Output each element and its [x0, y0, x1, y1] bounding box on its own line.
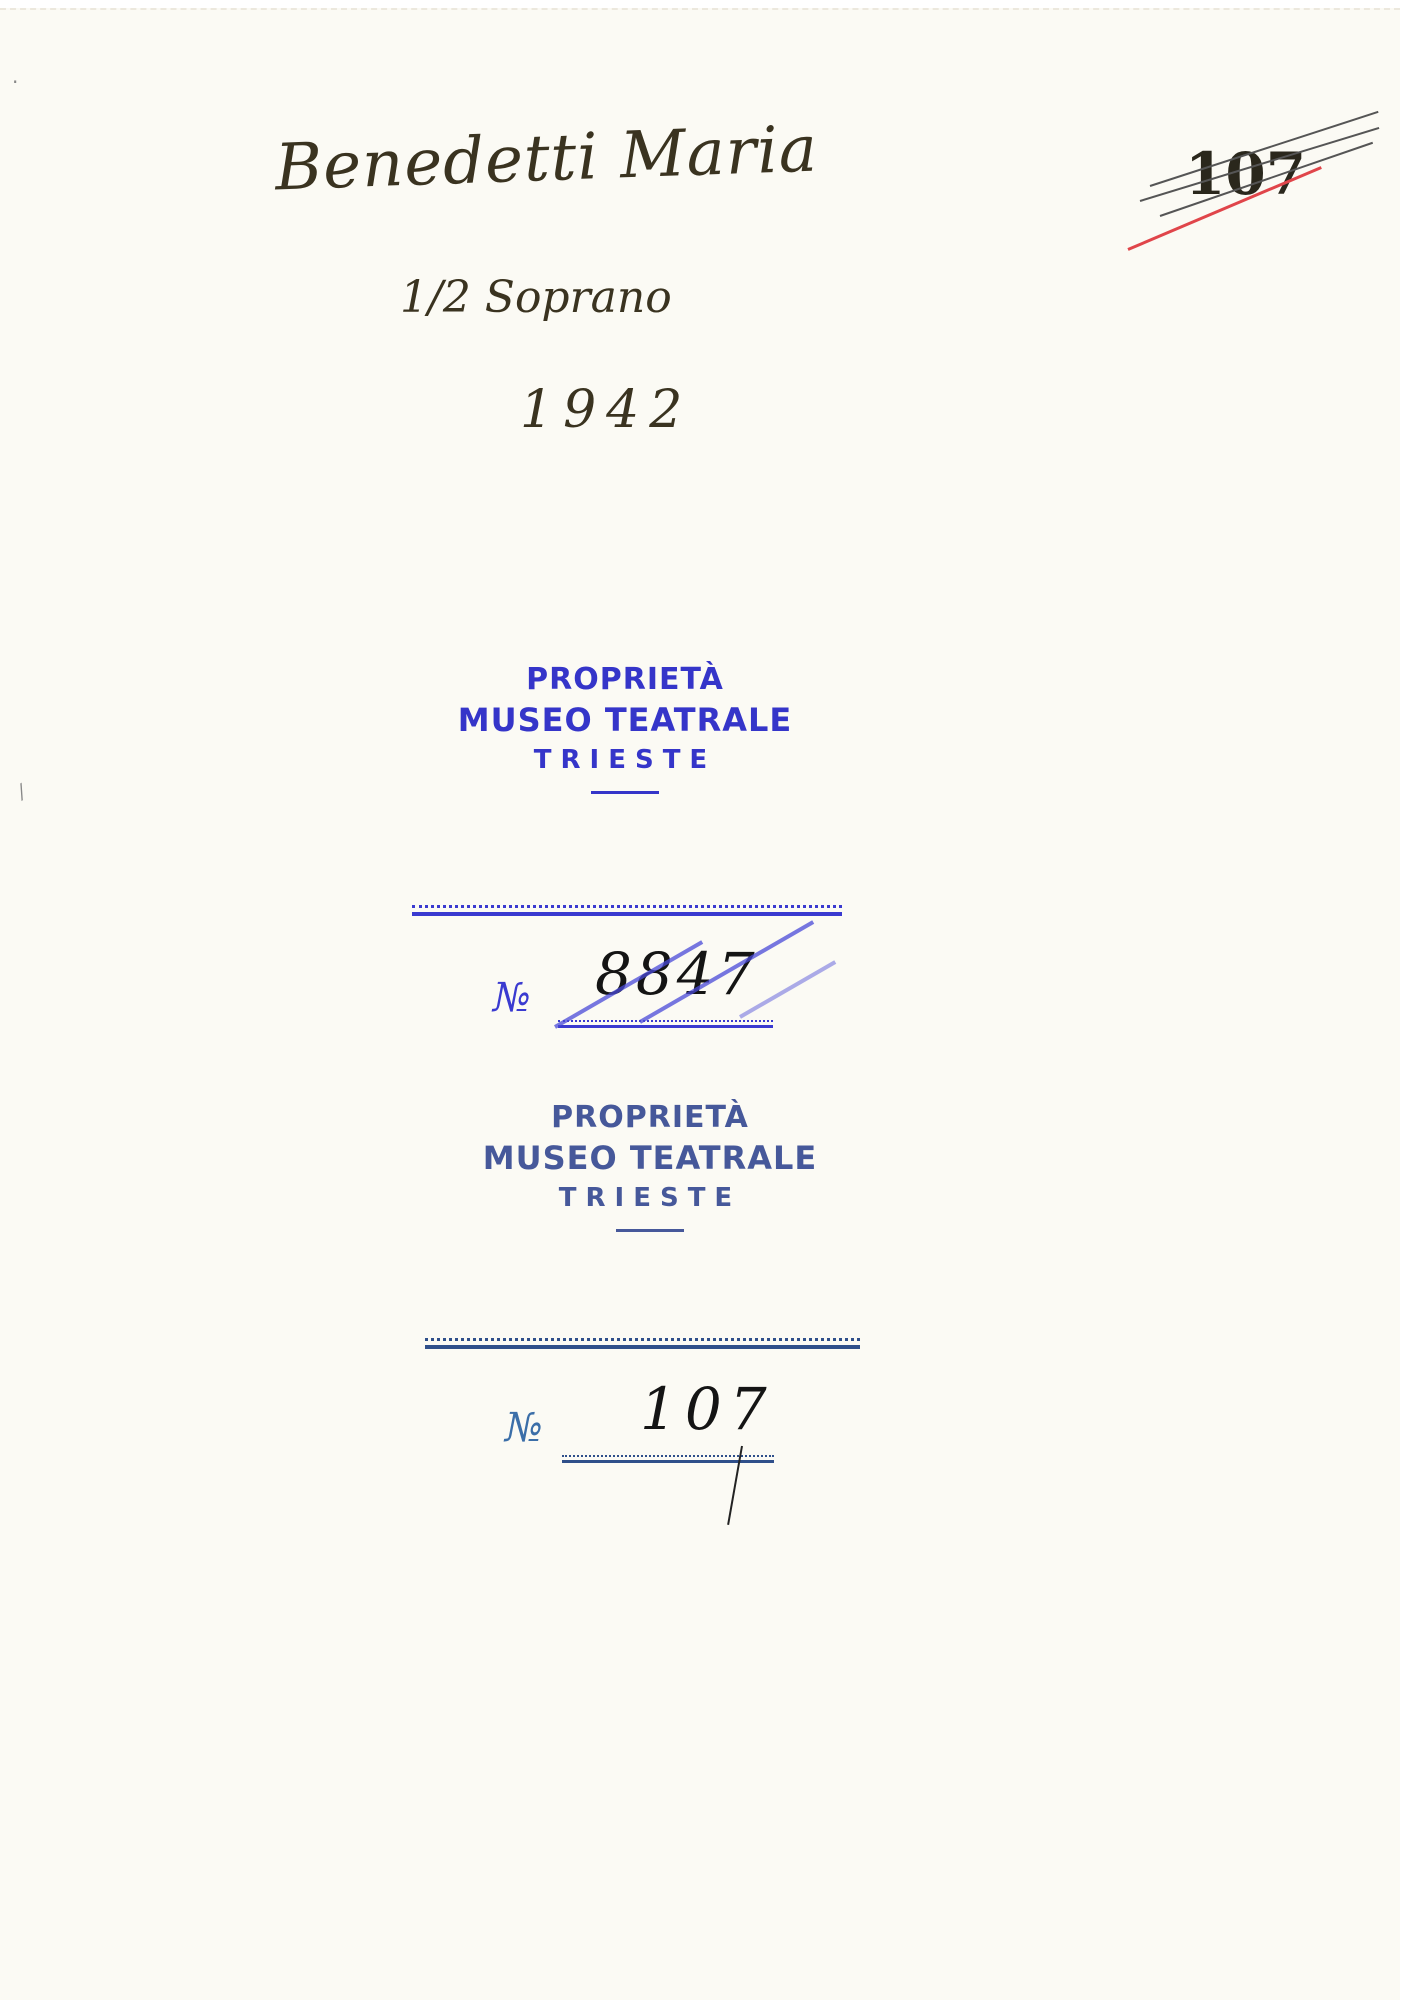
- stamp-2-rule: [425, 1338, 860, 1349]
- handwritten-year: 1942: [520, 380, 692, 440]
- museum-stamp-2: PROPRIETÀ MUSEO TEATRALE TRIESTE: [460, 1100, 840, 1232]
- stamp-line-proprieta: PROPRIETÀ: [440, 662, 810, 697]
- handwritten-voice-type: 1/2 Soprano: [400, 272, 672, 323]
- stamp-line-proprieta: PROPRIETÀ: [460, 1100, 840, 1135]
- stamp-line-museo: MUSEO TEATRALE: [460, 1139, 840, 1177]
- stamp-2-number-label: №: [505, 1405, 543, 1451]
- stamp-line-trieste: TRIESTE: [440, 745, 810, 775]
- margin-pencil-mark: ⁄: [13, 781, 30, 803]
- museum-stamp-1: PROPRIETÀ MUSEO TEATRALE TRIESTE: [440, 662, 810, 794]
- handwritten-name: Benedetti Maria: [274, 113, 819, 206]
- stamp-line-trieste: TRIESTE: [460, 1183, 840, 1213]
- stamp-underline: [616, 1229, 684, 1232]
- stamp-line-museo: MUSEO TEATRALE: [440, 701, 810, 739]
- stamp-2-number-underline: [562, 1455, 774, 1463]
- margin-mark: ·: [12, 70, 18, 94]
- stamp-1-rule: [412, 905, 842, 916]
- stamp-underline: [591, 791, 659, 794]
- photo-back-paper: Benedetti Maria 1/2 Soprano 1942 107 · ⁄…: [0, 8, 1400, 2000]
- stamp-1-number-label: №: [493, 975, 531, 1021]
- stamp-1-number-underline: [558, 1020, 773, 1028]
- stamp-2-number-value: 107: [640, 1375, 775, 1443]
